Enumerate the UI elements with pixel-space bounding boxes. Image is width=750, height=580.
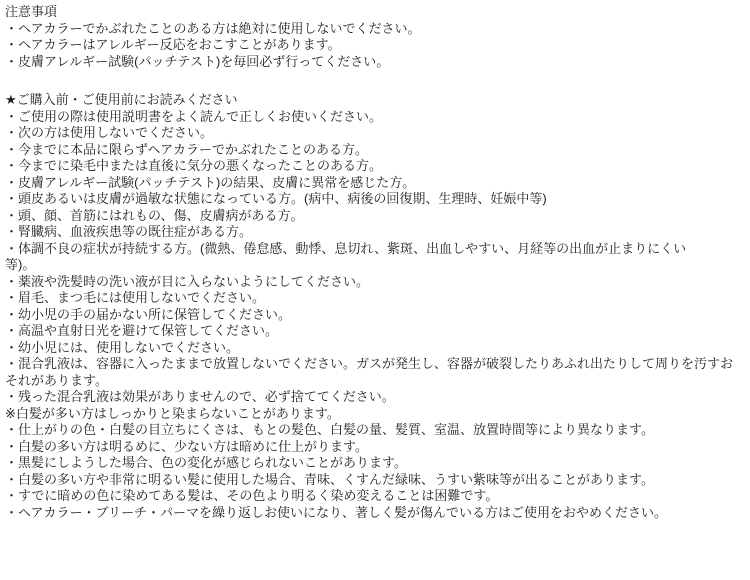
precaution-line: ・ヘアカラーでかぶれたことのある方は絶対に使用しないでください。 [5,21,746,38]
precaution-line: ・薬液や洗髪時の洗い液が目に入らないようにしてください。 [5,274,746,291]
precaution-line: ・皮膚アレルギー試験(パッチテスト)を毎回必ず行ってください。 [5,54,746,71]
precaution-line: ・今までに染毛中または直後に気分の悪くなったことのある方。 [5,158,746,175]
section-precautions: 注意事項 ・ヘアカラーでかぶれたことのある方は絶対に使用しないでください。 ・ヘ… [5,4,746,70]
precaution-line: ・眉毛、まつ毛には使用しないでください。 [5,290,746,307]
precaution-line: ・頭皮あるいは皮膚が過敏な状態になっている方。(病中、病後の回復期、生理時、妊娠… [5,191,746,208]
precaution-line: ・ヘアカラー・ブリーチ・パーマを繰り返しお使いになり、著しく髪が傷んでいる方はご… [5,505,746,522]
precaution-line: ・次の方は使用しないでください。 [5,125,746,142]
precaution-line: ・皮膚アレルギー試験(パッチテスト)の結果、皮膚に異常を感じた方。 [5,175,746,192]
precautions-document: 注意事項 ・ヘアカラーでかぶれたことのある方は絶対に使用しないでください。 ・ヘ… [0,0,750,521]
precaution-line: ・幼小児の手の届かない所に保管してください。 [5,307,746,324]
precaution-line: ・白髪の多い方や非常に明るい髪に使用した場合、青味、くすんだ緑味、うすい紫味等が… [5,472,746,489]
precaution-line: ・今までに本品に限らずヘアカラーでかぶれたことのある方。 [5,142,746,159]
precaution-line: ・頭、顔、首筋にはれもの、傷、皮膚病がある方。 [5,208,746,225]
precaution-line: ・白髪の多い方は明るめに、少ない方は暗めに仕上がります。 [5,439,746,456]
precaution-line: ・腎臓病、血液疾患等の既往症がある方。 [5,224,746,241]
precaution-line: ・ご使用の際は使用説明書をよく読んで正しくお使いください。 [5,109,746,126]
precaution-line: ・幼小児には、使用しないでください。 [5,340,746,357]
section-title-precautions: 注意事項 [5,4,746,21]
precaution-line: ・すでに暗めの色に染めてある髪は、その色より明るく染め変えることは困難です。 [5,488,746,505]
section-before-use: ★ご購入前・ご使用前にお読みください ・ご使用の際は使用説明書をよく読んで正しく… [5,92,746,521]
precaution-line: ・高温や直射日光を避けて保管してください。 [5,323,746,340]
precaution-line: ・体調不良の症状が持続する方。(微熱、倦怠感、動悸、息切れ、紫斑、出血しやすい、… [5,241,746,274]
precaution-line: ・混合乳液は、容器に入ったままで放置しないでください。ガスが発生し、容器が破裂し… [5,356,746,389]
precaution-line: ・残った混合乳液は効果がありませんので、必ず捨ててください。 [5,389,746,406]
precaution-line: ・黒髪にしようした場合、色の変化が感じられないことがあります。 [5,455,746,472]
precaution-line: ※白髪が多い方はしっかりと染まらないことがあります。 [5,406,746,423]
precaution-line: ・ヘアカラーはアレルギー反応をおこすことがあります。 [5,37,746,54]
section-title-before-use: ★ご購入前・ご使用前にお読みください [5,92,746,109]
precaution-line: ・仕上がりの色・白髪の目立ちにくさは、もとの髪色、白髪の量、髪質、室温、放置時間… [5,422,746,439]
